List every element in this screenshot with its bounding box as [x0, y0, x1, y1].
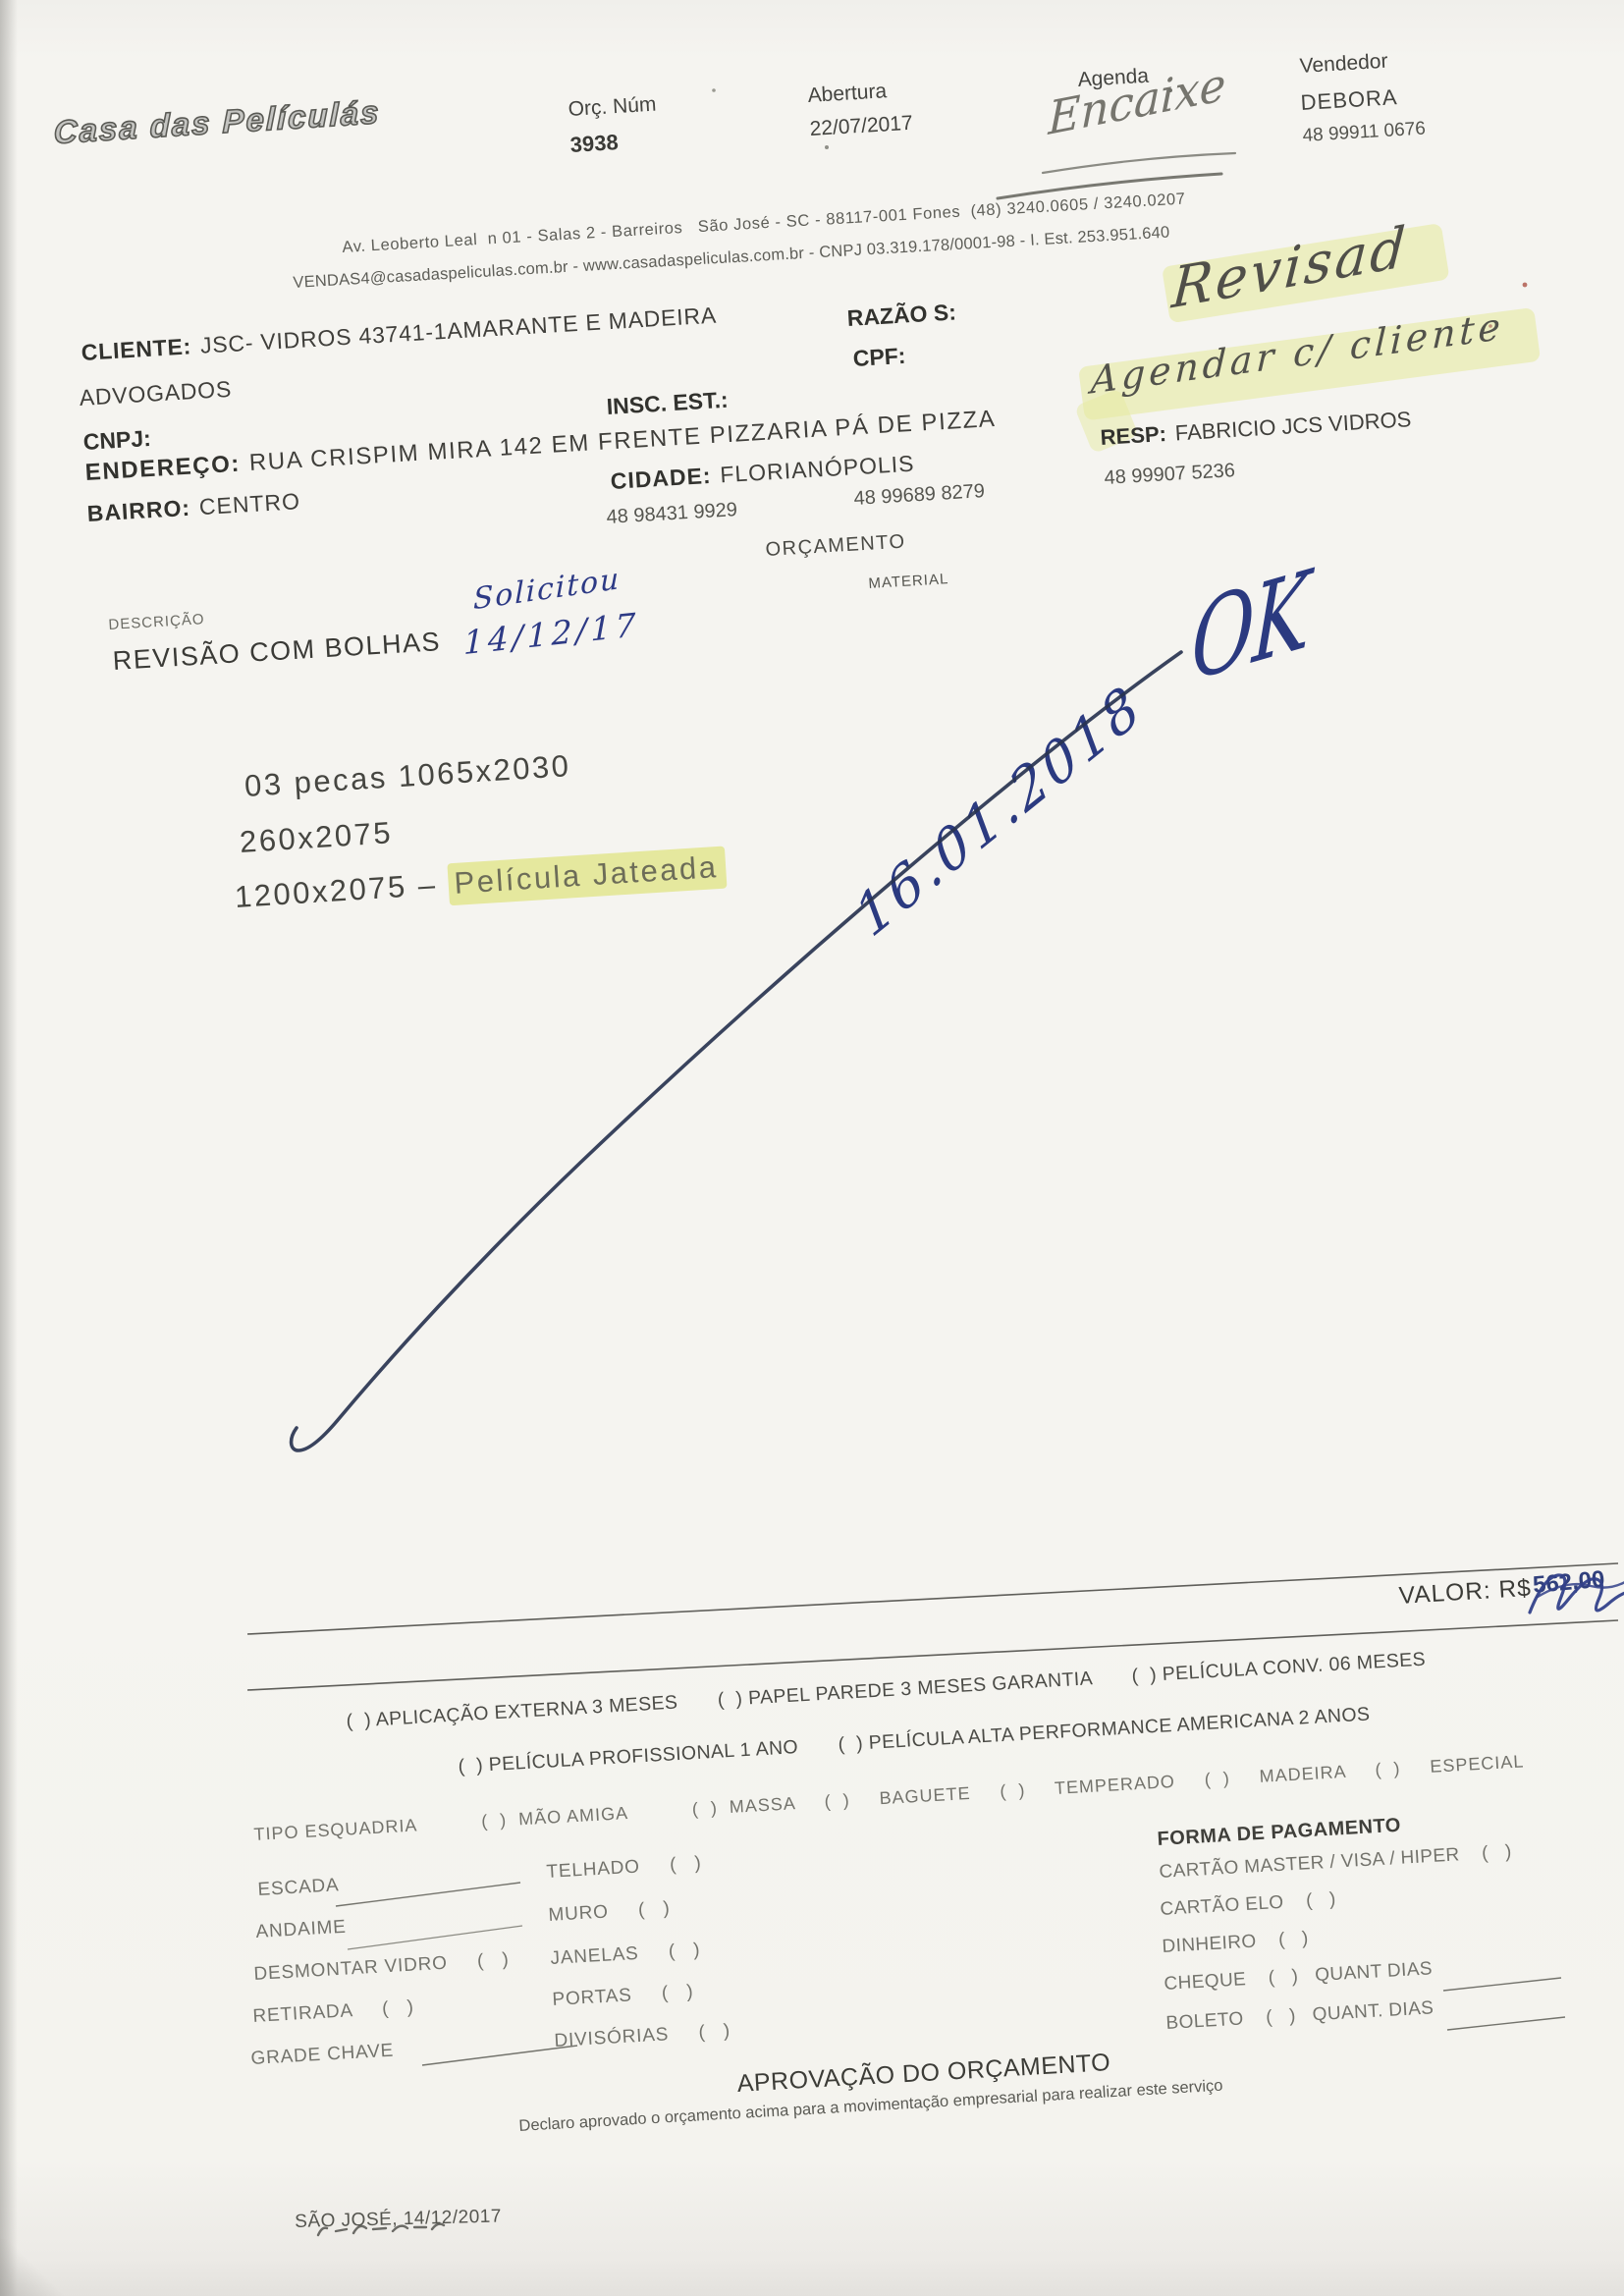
material-label: MATERIAL: [868, 571, 949, 592]
vendedor-label: Vendedor: [1299, 50, 1388, 79]
encaixe-underline-1: [1043, 153, 1235, 173]
cnpj-label: CNPJ:: [82, 425, 151, 455]
item-line-2: 260x2075: [239, 815, 394, 859]
service-andaime: ANDAIME: [255, 1917, 347, 1943]
service-grade-chave: GRADE CHAVE: [250, 2041, 395, 2070]
scanned-order-form: Casa das Películás Orç. Núm 3938 Abertur…: [0, 0, 1624, 2296]
item-line-1: 03 pecas 1065x2030: [244, 748, 571, 803]
payment-dinheiro: DINHEIRO ( ): [1162, 1928, 1309, 1957]
endereco-label: ENDEREÇO:: [84, 451, 242, 486]
service-muro: MURO ( ): [548, 1898, 671, 1927]
valor-label: VALOR: R$: [1398, 1575, 1533, 1611]
cliente-value-line2: ADVOGADOS: [79, 376, 233, 411]
revisado-note-handwriting: Revisad: [1169, 216, 1410, 323]
service-desmontar-vidro: DESMONTAR VIDRO ( ): [253, 1949, 510, 1986]
paper-corner-fold: [0, 2239, 88, 2296]
cidade-label: CIDADE:: [610, 463, 712, 494]
client-phone-1: 48 98431 9929: [606, 499, 738, 529]
abertura-value: 22/07/2017: [809, 112, 913, 141]
vendedor-name: DEBORA: [1300, 84, 1398, 115]
ok-note-handwriting: OK: [1190, 548, 1311, 704]
company-logo: Casa das Películás: [54, 93, 381, 151]
item-line-3-size: 1200x2075 –: [234, 866, 450, 914]
payment-cheque: CHEQUE ( ) QUANT DIAS: [1164, 1958, 1434, 1995]
valor-value-scribbled: 562,00: [1532, 1566, 1606, 1600]
andaime-blank-line: [348, 1926, 522, 1949]
approval-city-date: SÃO JOSÉ, 14/12/2017: [295, 2206, 502, 2232]
service-retirada: RETIRADA ( ): [252, 1997, 414, 2028]
razao-label: RAZÃO S:: [846, 299, 957, 331]
client-phone-2: 48 99689 8279: [853, 480, 986, 511]
cidade-value: FLORIANÓPOLIS: [720, 451, 916, 488]
cliente-value: JSC- VIDROS 43741-1AMARANTE E MADEIRA: [199, 302, 717, 358]
service-divisorias: DIVISÓRIAS ( ): [554, 2021, 731, 2052]
cliente-label: CLIENTE:: [81, 333, 192, 365]
bairro-label: BAIRRO:: [86, 495, 191, 526]
escada-blank-line: [336, 1883, 520, 1906]
descricao-value: REVISÃO COM BOLHAS: [112, 627, 442, 677]
service-portas: PORTAS ( ): [552, 1982, 694, 2011]
resp-value: FABRICIO JCS VIDROS: [1174, 407, 1412, 445]
insc-est-label: INSC. EST.:: [606, 387, 729, 420]
orc-num-label: Orç. Núm: [568, 93, 657, 122]
scan-edge-shadow: [0, 0, 18, 2296]
boleto-quant-dias-blank-line: [1447, 2017, 1565, 2030]
scan-speck-1: [825, 145, 829, 149]
payment-cartao-elo: CARTÃO ELO ( ): [1160, 1889, 1336, 1921]
resp-label: RESP:: [1100, 421, 1167, 450]
orc-num-value: 3938: [569, 130, 619, 157]
descricao-label: DESCRIÇÃO: [108, 611, 205, 633]
service-escada: ESCADA: [257, 1875, 340, 1901]
payment-boleto: BOLETO ( ) QUANT. DIAS: [1165, 1997, 1435, 2035]
cpf-label: CPF:: [852, 343, 906, 372]
service-telhado: TELHADO ( ): [546, 1853, 702, 1884]
service-janelas: JANELAS ( ): [550, 1940, 701, 1970]
item-line-3-highlighted-text: Película Jateada: [447, 847, 727, 906]
completion-date-handwriting: 16.01.2018: [845, 673, 1154, 951]
cheque-quant-dias-blank-line: [1443, 1978, 1561, 1991]
scan-speck-3: [1523, 283, 1528, 288]
vendedor-phone: 48 99911 0676: [1302, 119, 1426, 147]
resp-row: RESP:FABRICIO JCS VIDROS: [1100, 407, 1412, 450]
scan-speck-2: [712, 88, 716, 92]
cliente-row: CLIENTE:JSC- VIDROS 43741-1AMARANTE E MA…: [81, 302, 718, 366]
orcamento-title: ORÇAMENTO: [765, 531, 906, 562]
item-line-3: 1200x2075 – Película Jateada: [234, 849, 727, 915]
payment-title: FORMA DE PAGAMENTO: [1157, 1815, 1402, 1851]
abertura-label: Abertura: [807, 80, 888, 108]
bairro-row: BAIRRO:CENTRO: [86, 488, 301, 526]
bairro-value: CENTRO: [198, 488, 300, 519]
resp-phone: 48 99907 5236: [1104, 460, 1236, 490]
